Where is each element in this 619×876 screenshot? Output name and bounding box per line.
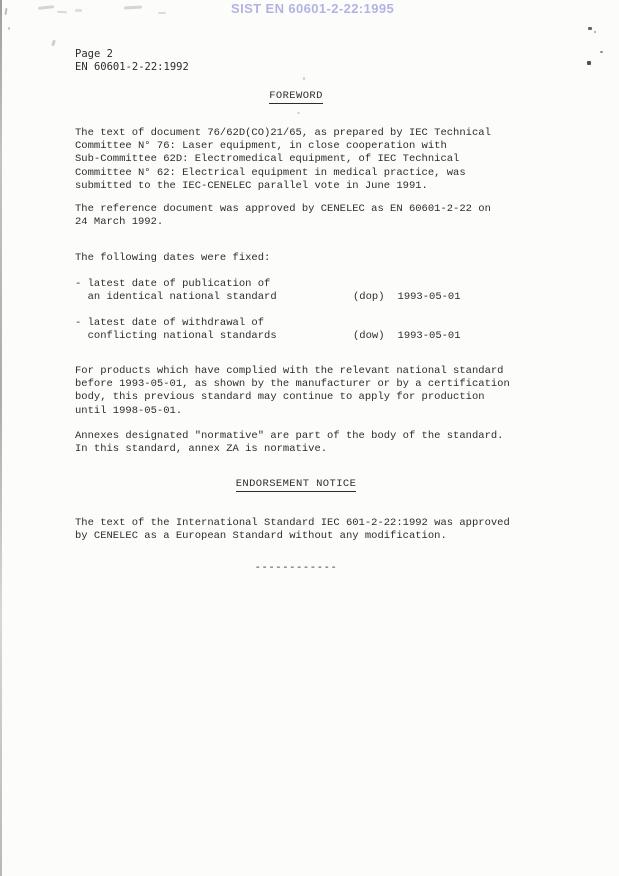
foreword-heading-text: FOREWORD (269, 90, 323, 104)
date-row-dop: - latest date of publication of an ident… (75, 278, 461, 304)
scan-speck (51, 40, 56, 47)
scan-speck (8, 27, 10, 30)
paragraph-approval: The reference document was approved by C… (75, 203, 491, 229)
scan-edge-artifact (0, 0, 2, 876)
date-dop: 1993-05-01 (398, 291, 461, 303)
separator-dashes: ------------ (75, 562, 517, 575)
scan-speck (588, 27, 592, 30)
scan-speck (587, 61, 591, 65)
date-value-dop: (dop)1993-05-01 (353, 291, 461, 304)
paragraph-transition: For products which have complied with th… (75, 365, 510, 418)
paragraph-endorsement: The text of the International Standard I… (75, 517, 510, 543)
date-code-dop: (dop) (353, 291, 385, 303)
foreword-heading: FOREWORD (75, 90, 517, 103)
scan-speck (57, 11, 67, 14)
endorsement-heading: ENDORSEMENT NOTICE (75, 478, 517, 491)
scan-speck (5, 8, 8, 15)
endorsement-heading-text: ENDORSEMENT NOTICE (236, 478, 357, 492)
scan-speck (600, 51, 603, 53)
paragraph-annexes: Annexes designated "normative" are part … (75, 430, 503, 456)
date-code-dow: (dow) (353, 330, 385, 342)
date-value-dow: (dow)1993-05-01 (353, 330, 461, 343)
scan-speck (594, 31, 596, 33)
scanned-document-page: SIST EN 60601-2-22:1995 Page 2 EN 60601-… (0, 0, 619, 876)
document-content: FOREWORD The text of document 76/62D(CO)… (75, 0, 517, 876)
scan-speck (38, 5, 54, 10)
paragraph-dates-intro: The following dates were fixed: (75, 252, 270, 265)
date-label-dop: - latest date of publication of an ident… (75, 278, 353, 304)
date-dow: 1993-05-01 (398, 330, 461, 342)
paragraph-committee: The text of document 76/62D(CO)21/65, as… (75, 127, 491, 193)
date-row-dow: - latest date of withdrawal of conflicti… (75, 317, 461, 343)
date-label-dow: - latest date of withdrawal of conflicti… (75, 317, 353, 343)
